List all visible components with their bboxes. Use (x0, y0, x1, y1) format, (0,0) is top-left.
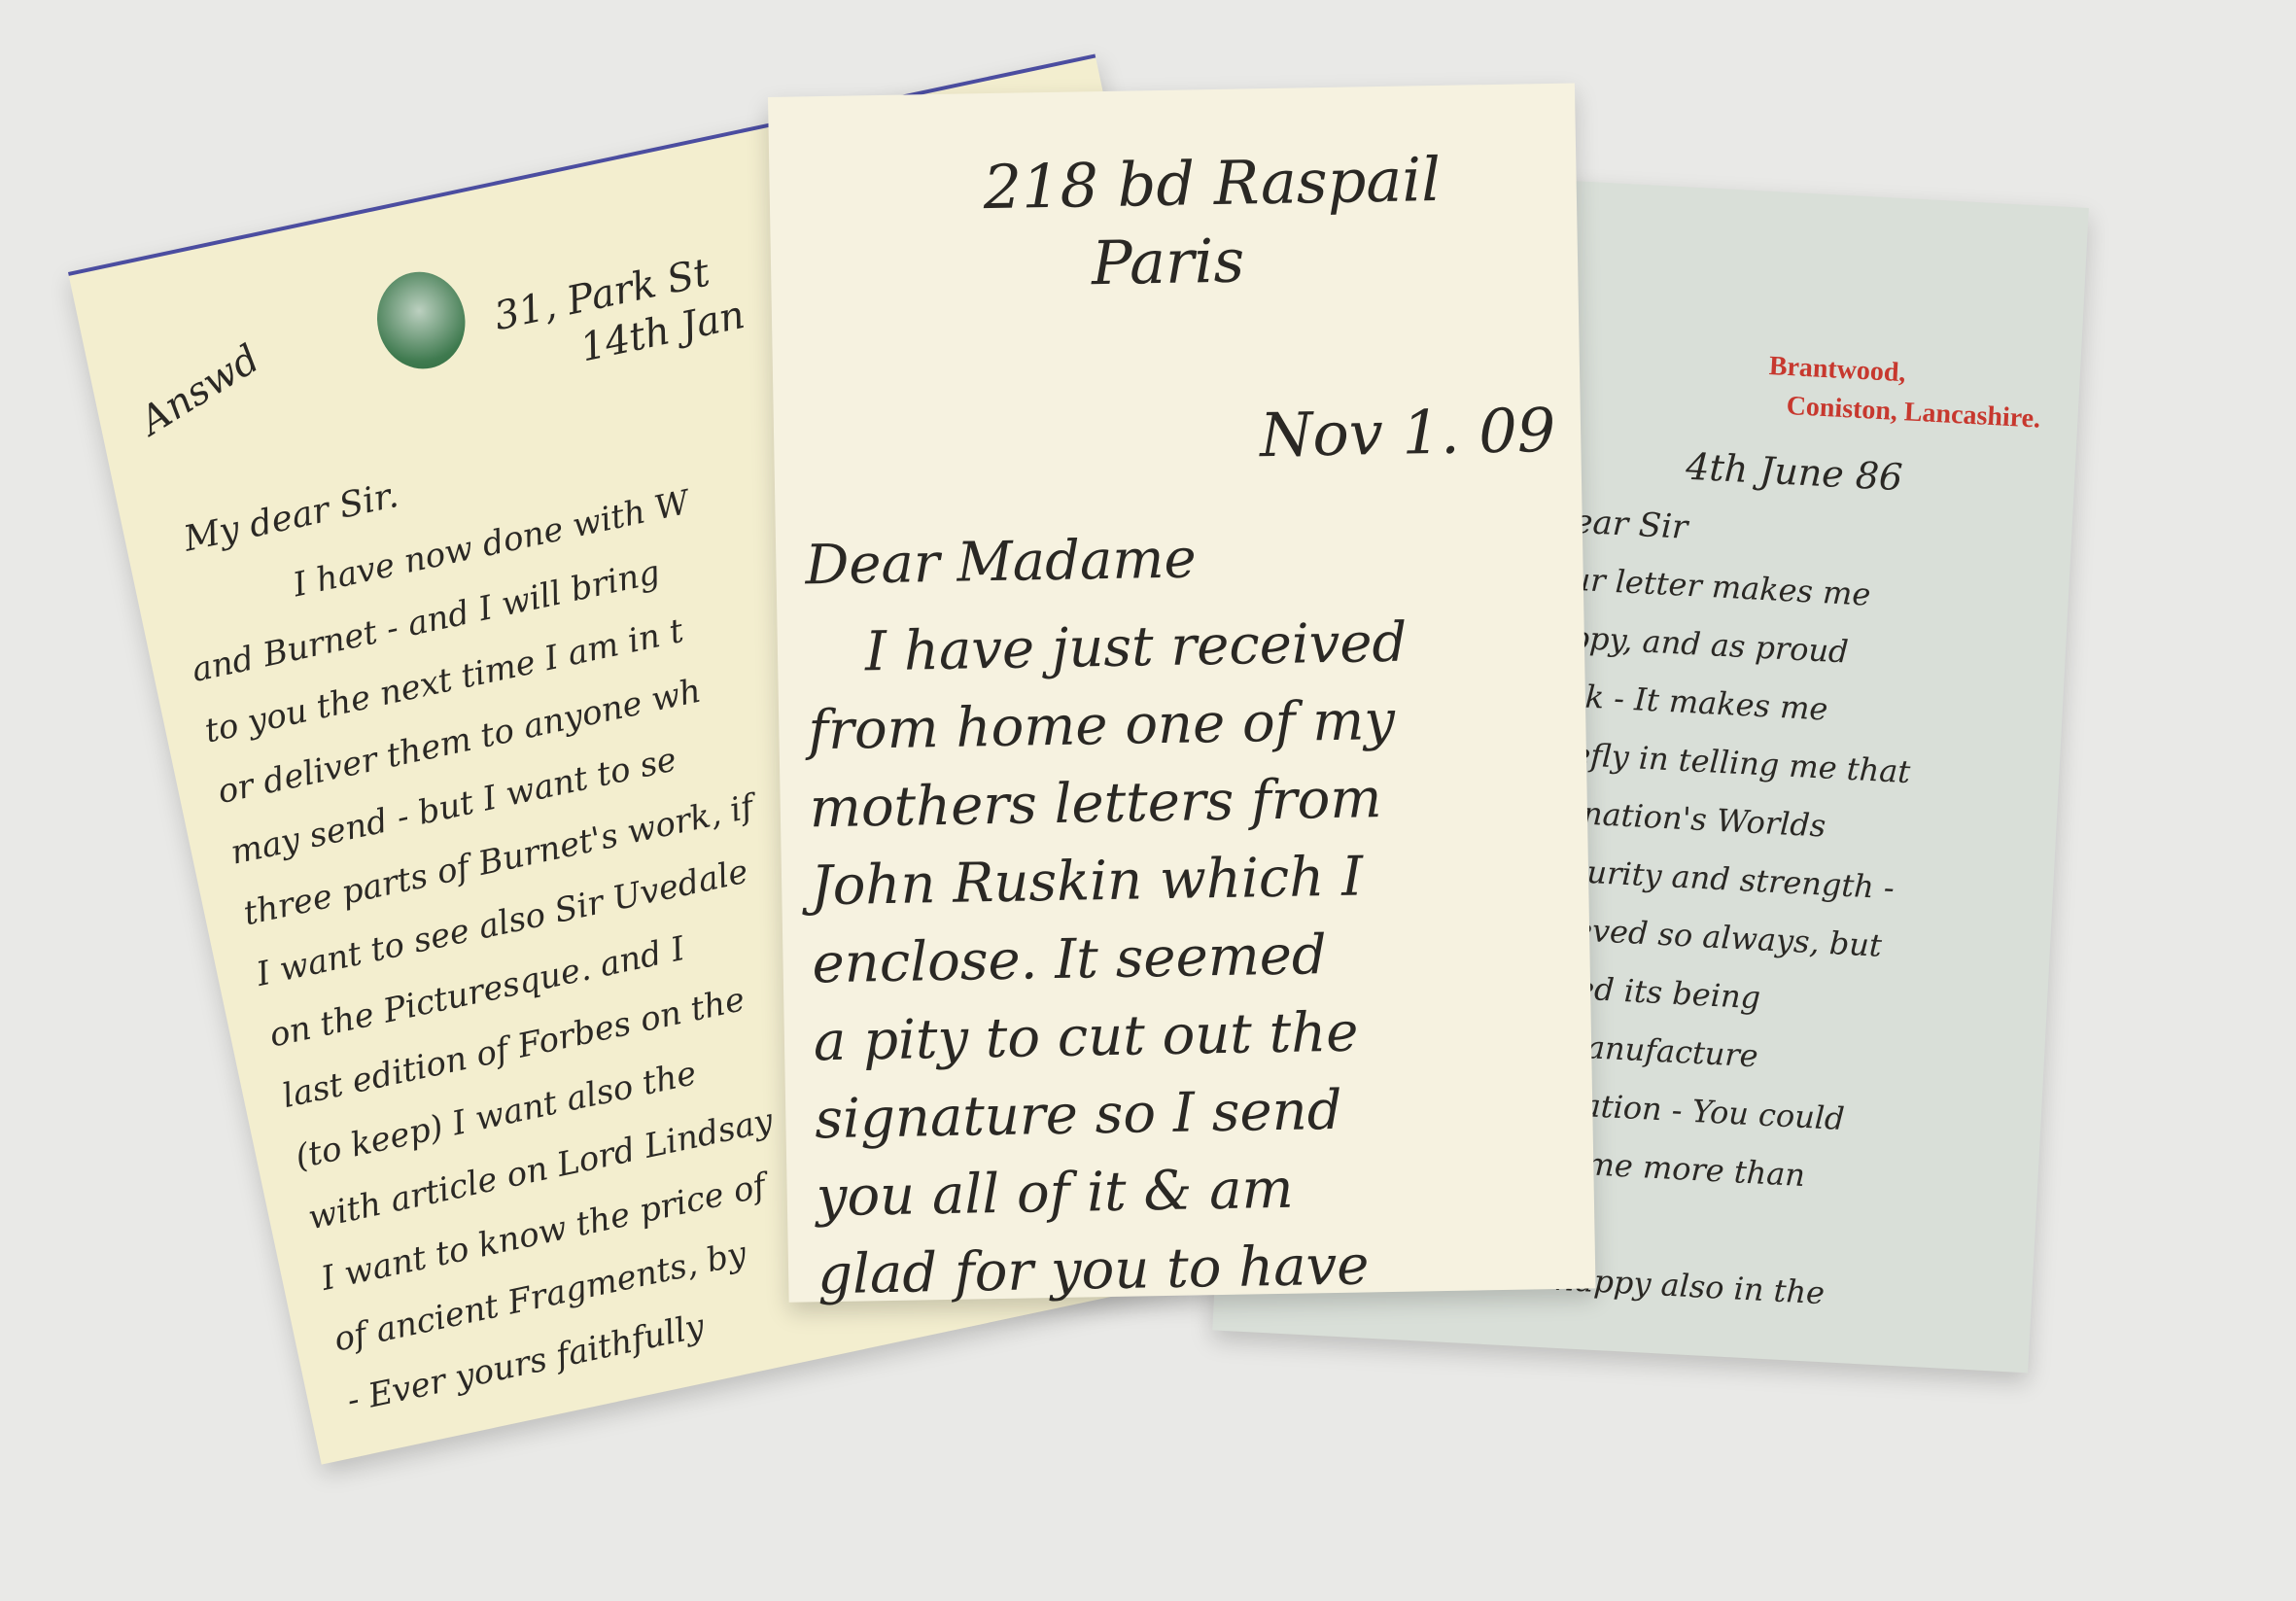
handwritten-line: you all of it & am (816, 1158, 1294, 1230)
handwritten-line: glad for you to have (818, 1234, 1370, 1306)
handwritten-line: mothers letters from (809, 767, 1382, 840)
handwritten-line: a pity to cut out the (813, 1001, 1358, 1074)
letter-middle: 218 bd Raspail Paris Nov 1. 09 Dear Mada… (768, 84, 1596, 1303)
handwritten-line: I have just received (864, 611, 1407, 684)
handwritten-line: Your letter makes me (1533, 559, 1871, 613)
letter-body: I have just receivedfrom home one of mym… (768, 84, 1575, 97)
handwritten-line: enclose. It seemed (812, 923, 1327, 995)
date: 4th June 86 (1685, 445, 1903, 500)
address-line: 218 bd Raspail (983, 144, 1442, 223)
wax-seal (368, 263, 474, 377)
address-line: Paris (1091, 225, 1244, 298)
handwritten-line: signature so I send (815, 1079, 1342, 1151)
salutation: My dear Sir. (181, 475, 402, 560)
annotation: Answd (132, 336, 267, 444)
handwritten-line: John Ruskin which I (811, 845, 1364, 918)
handwritten-line: from home one of my (808, 689, 1396, 763)
letterhead: Brantwood, Coniston, Lancashire. (1766, 347, 2043, 439)
salutation: Dear Madame (805, 527, 1197, 597)
date: Nov 1. 09 (1260, 395, 1556, 470)
